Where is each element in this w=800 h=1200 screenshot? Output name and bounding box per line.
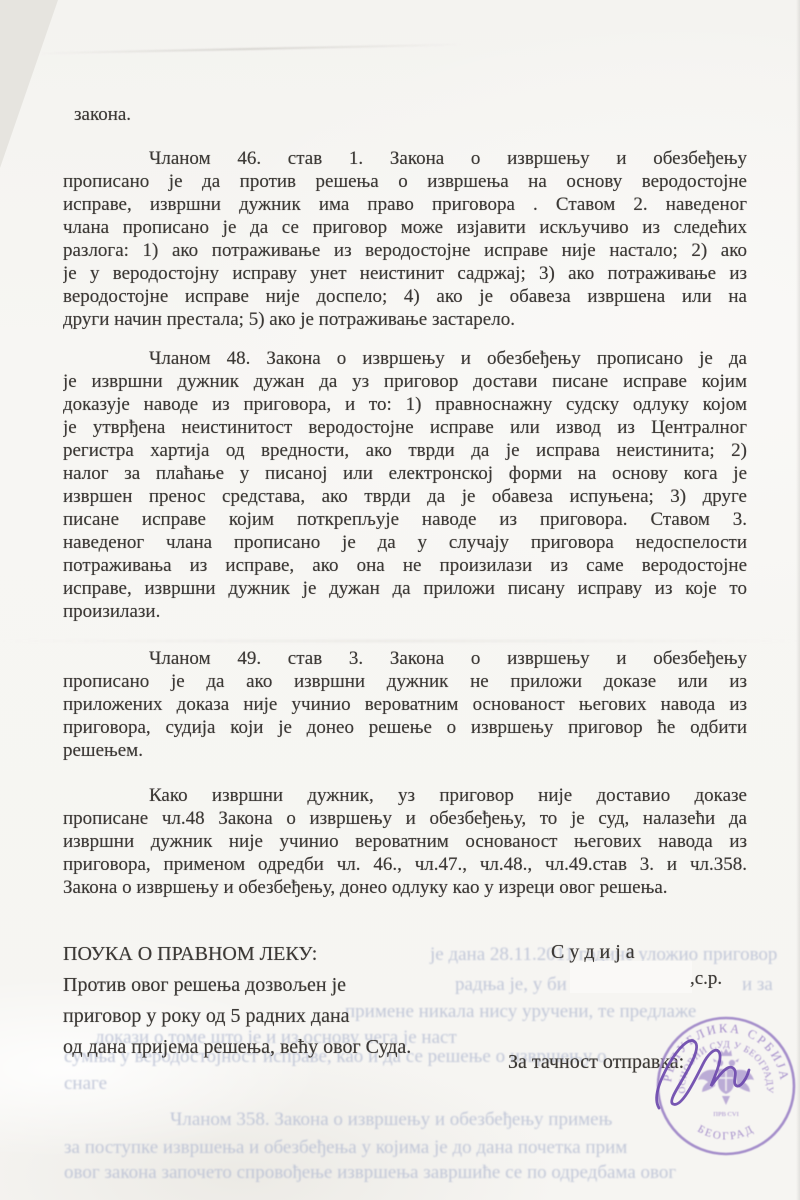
scanner-background-corner [0,0,70,180]
paragraph-line: налог за плаћање у писаној или електронс… [63,462,747,485]
legal-remedy-line: Против овог решења дозвољен је [63,970,463,1001]
paragraph-line: извршен пренос средстава, ако тврди да ј… [63,485,747,508]
legal-remedy-heading: ПОУКА О ПРАВНОМ ЛЕКУ: [63,939,463,970]
paragraph-line: писане исправе којим поткрепљује наводе … [63,508,747,531]
paragraph-line: решењем. [63,739,747,762]
paragraph-line: наведеног члана прописано је да у случај… [63,531,747,554]
paragraph-line: прописано је да против решења о извршења… [63,170,747,193]
paragraph-line: веродостојне исправе није доспело; 4) ак… [63,285,747,308]
paragraph-line: Чланом 48. Закона о извршењу и обезбеђењ… [63,347,747,370]
bleedthrough-line: Чланом 358. Закона о извршењу и обезбеђе… [170,1109,612,1131]
paragraph-line: Како извршни дужник, уз приговор није до… [63,784,747,807]
bleedthrough-line: радња је, у би [455,974,567,996]
svg-text:БЕОГРАД: БЕОГРАД [695,1123,756,1143]
paragraph-line: други начин престала; 5) ако је потражив… [63,308,747,331]
bleedthrough-line: и за [742,974,773,996]
paper-fold-crease [0,640,800,642]
paragraph: Чланом 46. став 1. Закона о извршењу и о… [63,147,747,331]
paragraph: Чланом 48. Закона о извршењу и обезбеђењ… [63,347,747,623]
paragraph-line: извршни дужник није учинио вероватним ос… [63,830,747,853]
paragraph-line: потраживања из исправе, ако она не произ… [63,554,747,577]
bleedthrough-line: овог закона започето спровођење извршења… [64,1162,676,1184]
opening-text-fragment: закона. [74,104,131,126]
judge-title: С у д и ј а [551,941,635,964]
paragraph-line: исправе, извршни дужник је дужан да прил… [63,577,747,600]
bleedthrough-line: за поступке извршења и обезбеђења у који… [64,1137,627,1159]
legal-remedy-lines: Против овог решења дозвољен јеприговор у… [63,970,463,1063]
judge-sr-suffix: ,с.р. [690,968,722,990]
paragraph-line: Чланом 49. став 3. Закона о извршењу и о… [63,647,747,670]
paragraph-line: приговора, применом одредби чл. 46., чл.… [63,853,747,876]
paragraph-line: Чланом 46. став 1. Закона о извршењу и о… [63,147,747,170]
scan-edge-shadow [796,0,800,1200]
bleedthrough-line: снаге [64,1073,107,1095]
legal-remedy-line: од дана пријема решења, већу овог Суда. [63,1032,463,1063]
paragraph-line: прописане чл.48 Закона о извршењу и обез… [63,807,747,830]
paragraph-line: је утврђена неистинитост веродостојне ис… [63,416,747,439]
paragraph-line: прописано је да ако извршни дужник не пр… [63,670,747,693]
paragraph-line: произилази. [63,600,747,623]
paragraph-line: доказује наводе из приговора, и то: 1) п… [63,393,747,416]
paragraph-line: разлога: 1) ако потраживање из веродосто… [63,239,747,262]
paragraph: Чланом 49. став 3. Закона о извршењу и о… [63,647,747,762]
scanned-document-page: је дана 28.11.2011 године уложио пригово… [0,0,800,1200]
paragraph-line: исправе, извршни дужник има право пригов… [63,193,747,216]
paragraph-line: Закона о извршењу и обезбеђењу, донео од… [63,876,747,899]
paragraph-line: приложених доказа није учинио вероватним… [63,693,747,716]
paragraph-line: приговора, судија који је донео решење о… [63,716,747,739]
handwritten-signature [645,1020,765,1120]
redacted-name-area [570,961,692,993]
paragraph-line: је у веродостојну исправу унет неистинит… [63,262,747,285]
paragraph-line: је извршни дужник дужан да уз приговор д… [63,370,747,393]
legal-remedy-line: приговор у року од 5 радних дана [63,1001,463,1032]
legal-remedy-section: ПОУКА О ПРАВНОМ ЛЕКУ: Против овог решења… [63,939,463,1063]
paragraph: Како извршни дужник, уз приговор није до… [63,784,747,899]
paragraph-line: регистра хартија од вредности, ако тврди… [63,439,747,462]
paper-fold-crease [34,43,464,54]
paragraph-line: члана прописано је да се приговор може и… [63,216,747,239]
